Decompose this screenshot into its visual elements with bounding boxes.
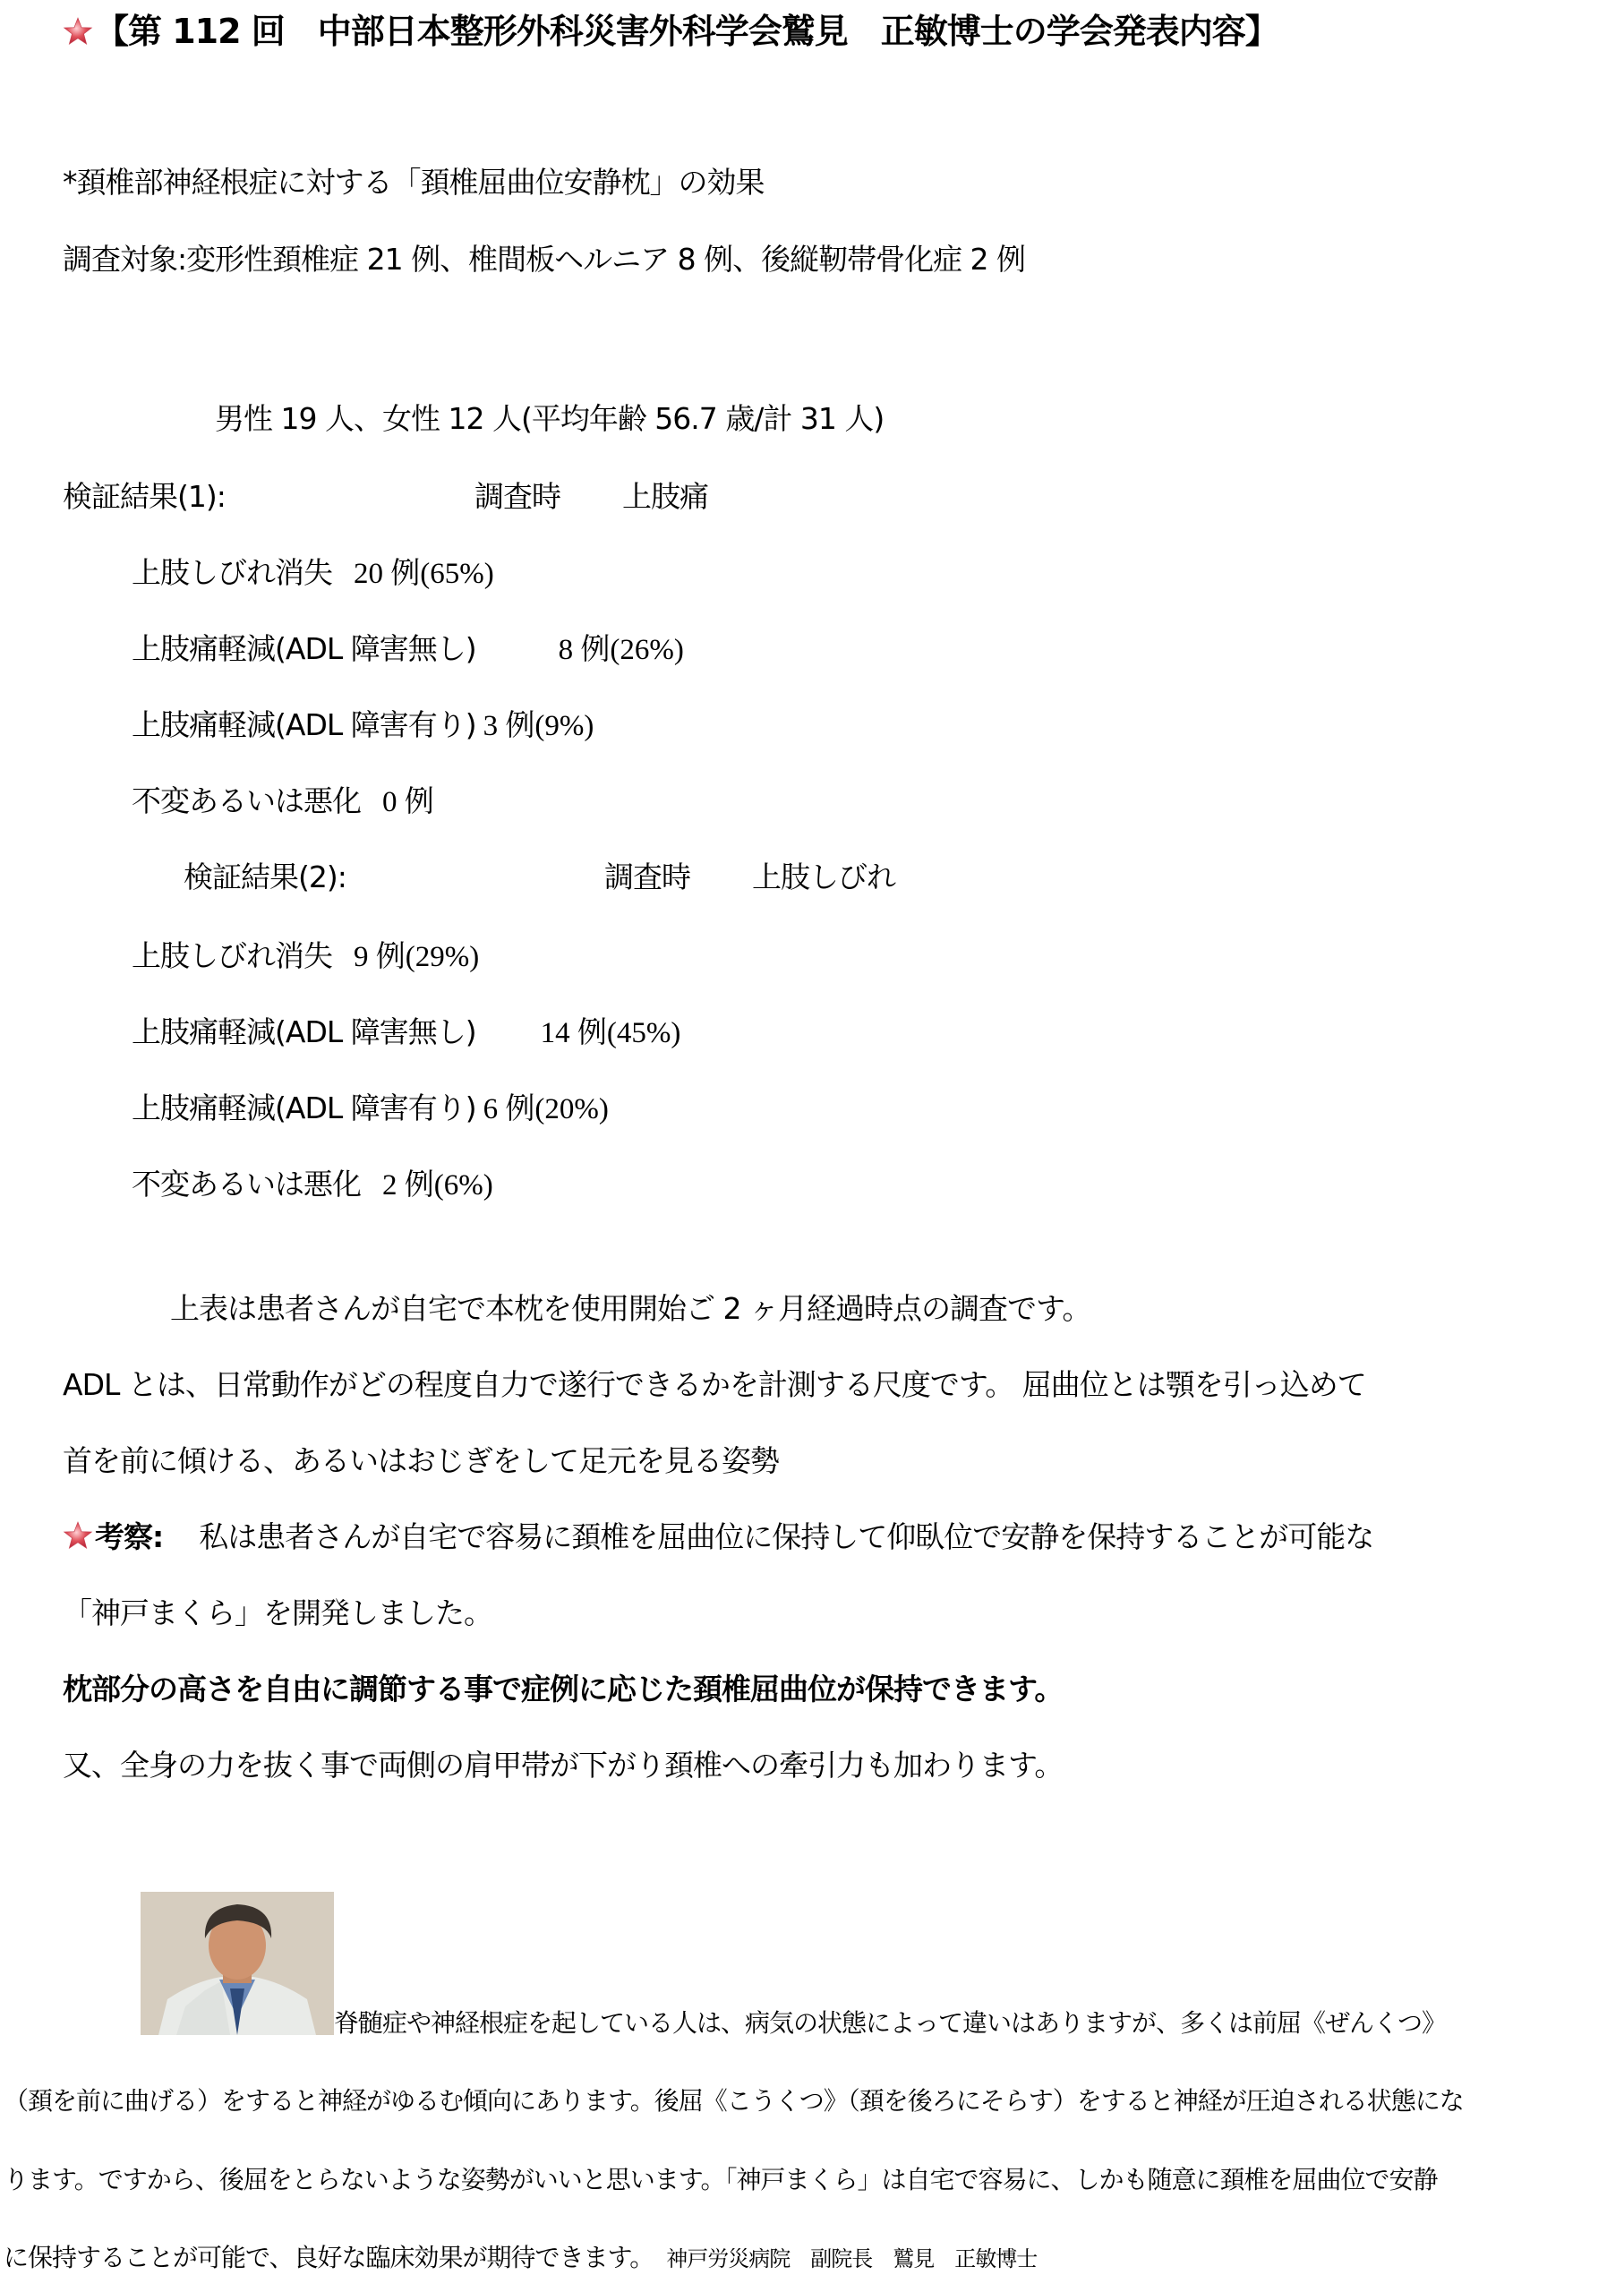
item-label: 不変あるいは悪化 <box>132 783 361 818</box>
doctor-text-line: に保持することが可能で、良好な臨床効果が期待できます。神戸労災病院 副院長 鷲見… <box>4 2240 1037 2277</box>
result2-item: 上肢痛軽減(ADL 障害無し)14 例(45%) <box>132 1014 680 1051</box>
result1-label: 検証結果(1): <box>63 479 226 515</box>
item-label: 上肢しびれ消失 <box>132 938 332 973</box>
discussion-line: 「神戸まくら」を開発しました。 <box>63 1595 492 1631</box>
result1-item: 上肢しびれ消失20 例(65%) <box>132 555 494 592</box>
item-label: 上肢痛軽減(ADL 障害無し) <box>132 631 476 666</box>
doctor-text-line: ります。ですから、後屈をとらないような姿勢がいいと思います。「神戸まくら」は自宅… <box>4 2162 1438 2198</box>
doctor-text-line: （頚を前に曲げる）をすると神経がゆるむ傾向にあります。後屈《こうくつ》（頚を後ろ… <box>4 2083 1464 2119</box>
demographics: 男性 19 人、女性 12 人(平均年齢 56.7 歳/計 31 人) <box>215 401 884 437</box>
item-label: 上肢痛軽減(ADL 障害無し) <box>132 1014 476 1049</box>
result1-col1: 調査時 <box>474 479 560 515</box>
star-icon <box>63 1520 93 1551</box>
portrait-image <box>141 1892 334 2035</box>
result2-col2: 上肢しびれ <box>752 859 895 895</box>
title-text: 【第 112 回 中部日本整形外科災害外科学会鷲見 正敏博士の学会発表内容】 <box>95 12 1278 51</box>
result2-label: 検証結果(2): <box>184 859 346 895</box>
note-line: ADL とは、日常動作がどの程度自力で遂行できるかを計測する尺度です。 屈曲位と… <box>63 1367 1366 1403</box>
discussion-line: 考察:私は患者さんが自宅で容易に頚椎を屈曲位に保持して仰臥位で安静を保持すること… <box>63 1519 1373 1555</box>
study-target: 調査対象:変形性頚椎症 21 例、椎間板ヘルニア 8 例、後縦靭帯骨化症 2 例 <box>63 242 1025 278</box>
result1-item: 不変あるいは悪化0 例 <box>132 783 434 820</box>
item-value: 8 例(26%) <box>559 634 684 666</box>
item-value: 14 例(45%) <box>541 1017 681 1049</box>
doctor-text-line: 脊髄症や神経根症を起している人は、病気の状態によって違いはありますが、多くは前屈… <box>334 2005 1446 2041</box>
discussion-bold-line: 枕部分の高さを自由に調節する事で症例に応じた頚椎屈曲位が保持できます。 <box>63 1672 1063 1707</box>
result2-item: 不変あるいは悪化2 例(6%) <box>132 1167 493 1203</box>
item-value: 6 例(20%) <box>483 1093 609 1125</box>
note-line: 上表は患者さんが自宅で本枕を使用開始ご 2 ヶ月経過時点の調査です。 <box>170 1291 1090 1327</box>
discussion-line: 又、全身の力を抜く事で両側の肩甲帯が下がり頚椎への牽引力も加わります。 <box>63 1748 1063 1783</box>
result1-item: 上肢痛軽減(ADL 障害有り)3 例(9%) <box>132 707 594 744</box>
doctor-signature: 神戸労災病院 副院長 鷲見 正敏博士 <box>666 2246 1037 2271</box>
result2-item: 上肢しびれ消失9 例(29%) <box>132 938 479 975</box>
item-value: 20 例(65%) <box>354 558 494 590</box>
item-value: 2 例(6%) <box>382 1169 493 1202</box>
result1-col2: 上肢痛 <box>622 479 708 515</box>
page-title: 【第 112 回 中部日本整形外科災害外科学会鷲見 正敏博士の学会発表内容】 <box>63 11 1278 52</box>
item-label: 上肢痛軽減(ADL 障害有り) <box>132 1090 476 1125</box>
item-label: 不変あるいは悪化 <box>132 1167 361 1202</box>
subject-heading: *頚椎部神経根症に対する「頚椎屈曲位安静枕」の効果 <box>63 165 765 201</box>
item-label: 上肢しびれ消失 <box>132 555 332 590</box>
item-value: 9 例(29%) <box>354 941 479 973</box>
result2-item: 上肢痛軽減(ADL 障害有り)6 例(20%) <box>132 1090 609 1127</box>
star-icon <box>63 16 93 47</box>
item-value: 3 例(9%) <box>483 710 594 742</box>
discussion-text: 私は患者さんが自宅で容易に頚椎を屈曲位に保持して仰臥位で安静を保持することが可能… <box>199 1519 1373 1554</box>
doctor-portrait <box>141 1892 334 2035</box>
item-label: 上肢痛軽減(ADL 障害有り) <box>132 707 476 742</box>
discussion-heading: 考察: <box>95 1519 163 1554</box>
result2-col1: 調査時 <box>604 859 690 895</box>
result1-item: 上肢痛軽減(ADL 障害無し)8 例(26%) <box>132 631 684 668</box>
doctor-text: に保持することが可能で、良好な臨床効果が期待できます。 <box>4 2243 654 2272</box>
note-line: 首を前に傾ける、あるいはおじぎをして足元を見る姿勢 <box>63 1443 779 1479</box>
item-value: 0 例 <box>382 786 434 818</box>
